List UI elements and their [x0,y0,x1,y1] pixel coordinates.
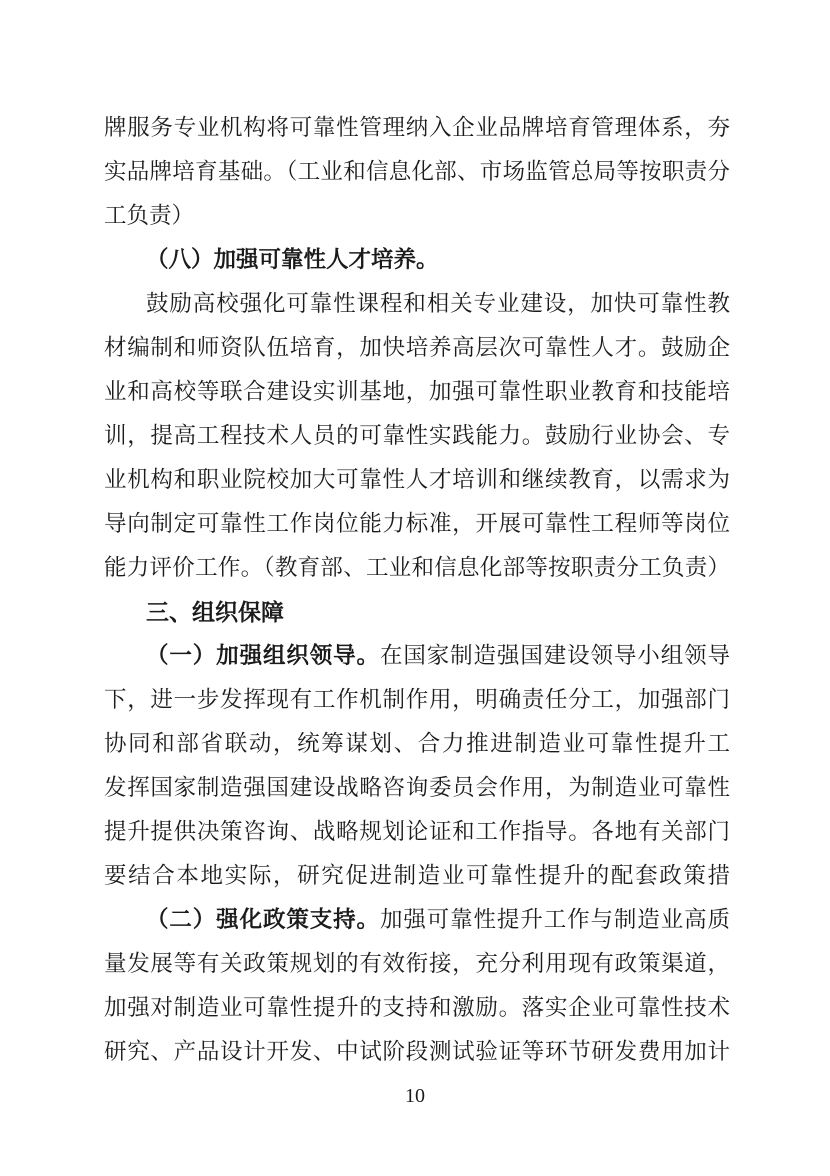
text-run: 鼓励高校强化可靠性课程和相关专业建设，加快可靠性教 [146,291,730,316]
text-line: 训，提高工程技术人员的可靠性实践能力。鼓励行业协会、专 [104,414,730,458]
text-line: 研究、产品设计开发、中试阶段测试验证等环节研发费用加计 [104,1030,730,1074]
text-line: 导向制定可靠性工作岗位能力标准，开展可靠性工程师等岗位 [104,502,730,546]
text-run: 三、组织保障 [146,599,284,625]
text-run: 实品牌培育基础。（工业和信息化部、市场监管总局等按职责分 [104,159,730,184]
text-run: 训，提高工程技术人员的可靠性实践能力。鼓励行业协会、专 [104,423,730,448]
text-line: 材编制和师资队伍培育，加快培养高层次可靠性人才。鼓励企 [104,326,730,370]
text-run: 材编制和师资队伍培育，加快培养高层次可靠性人才。鼓励企 [104,335,730,360]
text-line: 量发展等有关政策规划的有效衔接，充分利用现有政策渠道， [104,942,730,986]
text-run: 工负责） [104,203,194,228]
document-body: 牌服务专业机构将可靠性管理纳入企业品牌培育管理体系，夯实品牌培育基础。（工业和信… [104,106,730,1074]
text-run: 业和高校等联合建设实训基地，加强可靠性职业教育和技能培 [104,379,730,404]
text-line: 下，进一步发挥现有工作机制作用，明确责任分工，加强部门 [104,678,730,722]
bold-text-run: （一）加强组织领导。 [146,643,380,668]
text-line: 加强对制造业可靠性提升的支持和激励。落实企业可靠性技术 [104,986,730,1030]
text-run: 下，进一步发挥现有工作机制作用，明确责任分工，加强部门 [104,687,730,712]
text-run: 牌服务专业机构将可靠性管理纳入企业品牌培育管理体系，夯 [104,115,730,140]
text-line: 业机构和职业院校加大可靠性人才培训和继续教育，以需求为 [104,458,730,502]
document-page: 牌服务专业机构将可靠性管理纳入企业品牌培育管理体系，夯实品牌培育基础。（工业和信… [0,0,830,1176]
clause-heading-line: （八）加强可靠性人才培养。 [104,238,730,282]
text-run: 协同和部省联动，统筹谋划、合力推进制造业可靠性提升工作。 [104,731,730,766]
bold-text-run: （八）加强可靠性人才培养。 [146,247,439,272]
text-line: 协同和部省联动，统筹谋划、合力推进制造业可靠性提升工作。 [104,722,730,766]
text-run: 加强可靠性提升工作与制造业高质 [380,907,730,932]
text-line: 鼓励高校强化可靠性课程和相关专业建设，加快可靠性教 [104,282,730,326]
text-run: 研究、产品设计开发、中试阶段测试验证等环节研发费用加计 [104,1039,730,1064]
text-run: 发挥国家制造强国建设战略咨询委员会作用，为制造业可靠性 [104,775,730,800]
text-line: 实品牌培育基础。（工业和信息化部、市场监管总局等按职责分 [104,150,730,194]
text-line: 要结合本地实际，研究促进制造业可靠性提升的配套政策措施。 [104,854,730,898]
text-run: 加强对制造业可靠性提升的支持和激励。落实企业可靠性技术 [104,995,730,1020]
text-run: 导向制定可靠性工作岗位能力标准，开展可靠性工程师等岗位 [104,511,730,536]
bold-text-run: （二）强化政策支持。 [146,907,380,932]
text-line: 能力评价工作。（教育部、工业和信息化部等按职责分工负责） [104,546,730,590]
section-heading: 三、组织保障 [104,590,730,634]
text-run: 在国家制造强国建设领导小组领导 [380,643,730,668]
text-run: 要结合本地实际，研究促进制造业可靠性提升的配套政策措施。 [104,863,730,898]
text-run: 业机构和职业院校加大可靠性人才培训和继续教育，以需求为 [104,467,730,492]
text-line: 业和高校等联合建设实训基地，加强可靠性职业教育和技能培 [104,370,730,414]
clause-heading-line: （二）强化政策支持。加强可靠性提升工作与制造业高质 [104,898,730,942]
text-line: 工负责） [104,194,730,238]
page-number: 10 [0,1082,830,1110]
text-line: 发挥国家制造强国建设战略咨询委员会作用，为制造业可靠性 [104,766,730,810]
text-run: 提升提供决策咨询、战略规划论证和工作指导。各地有关部门 [104,819,730,844]
text-line: 牌服务专业机构将可靠性管理纳入企业品牌培育管理体系，夯 [104,106,730,150]
clause-heading-line: （一）加强组织领导。在国家制造强国建设领导小组领导 [104,634,730,678]
text-run: 量发展等有关政策规划的有效衔接，充分利用现有政策渠道， [104,951,730,976]
text-run: 能力评价工作。（教育部、工业和信息化部等按职责分工负责） [104,555,730,580]
text-line: 提升提供决策咨询、战略规划论证和工作指导。各地有关部门 [104,810,730,854]
